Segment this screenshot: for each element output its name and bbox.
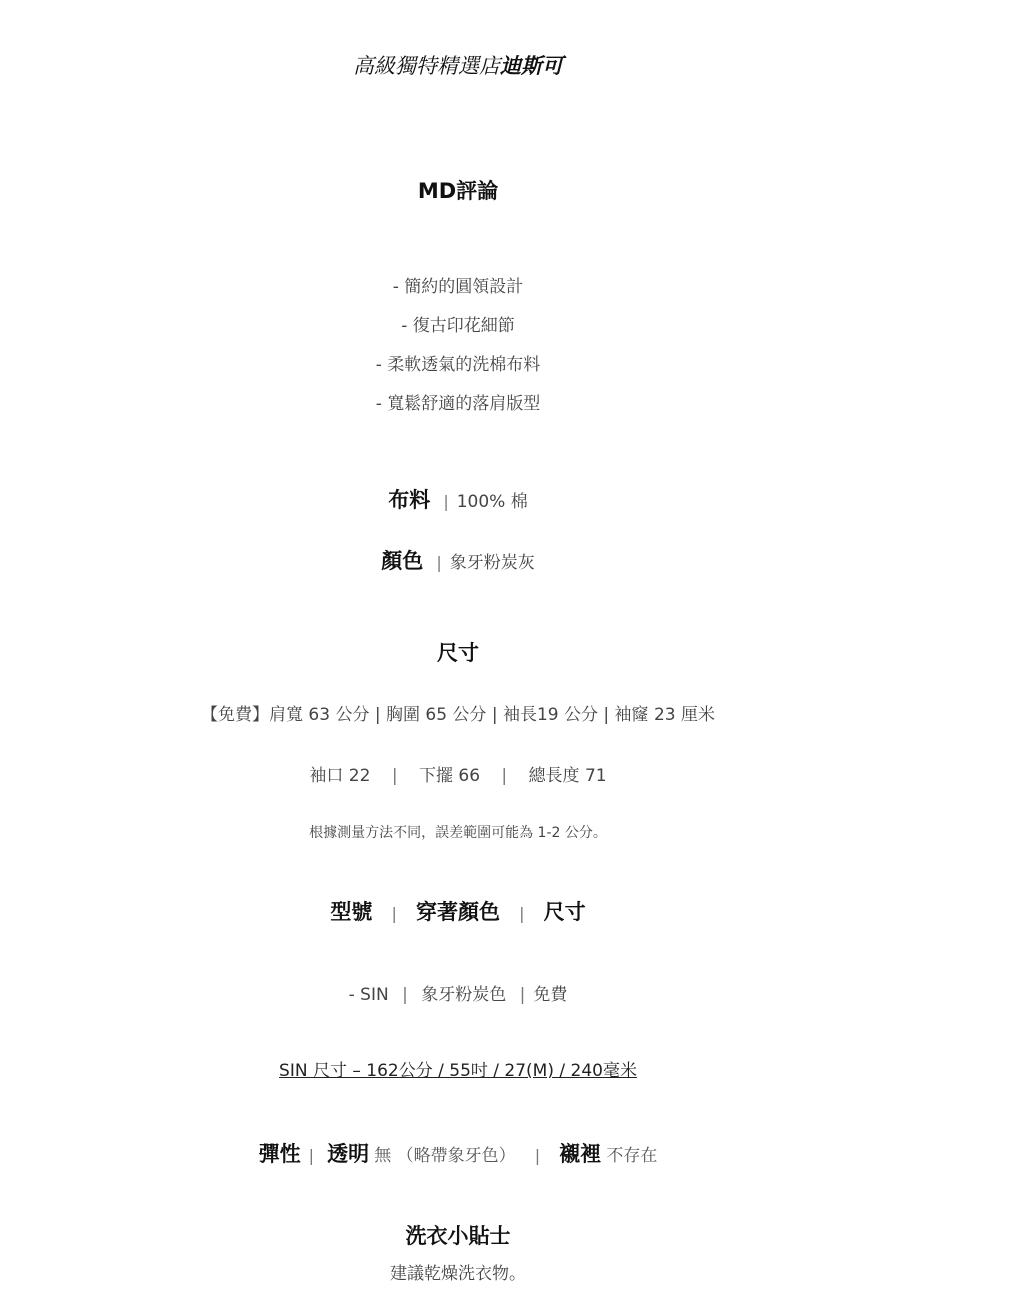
separator: | [501,766,507,786]
model-size: 免費 [533,985,567,1005]
separator: | [443,492,448,511]
total-length-measure: 總長度 71 [529,766,607,786]
fabric-row: 布料 |100% 棉 [0,484,916,514]
separator: | [402,985,408,1005]
store-brand: 迪斯可 [500,54,563,78]
md-bullet-4: - 寬鬆舒適的落肩版型 [0,389,916,414]
washing-text: 建議乾燥洗衣物。 [0,1259,916,1284]
lining-label: 襯裡 [559,1142,601,1166]
model-color: 象牙粉炭色 [421,985,506,1005]
md-bullet-3: - 柔軟透氣的洗棉布料 [0,350,916,375]
separator: | [535,1146,540,1165]
measurement-note: 根據測量方法不同，誤差範圍可能為 1-2 公分。 [0,822,916,842]
transparency-value: 無 （略帶象牙色） [374,1146,515,1166]
model-spec: SIN 尺寸 – 162公分 / 55吋 / 27(M) / 240毫米 [279,1061,637,1081]
model-heading-color: 穿著顏色 [416,900,500,924]
fabric-value: 100% 棉 [457,492,528,512]
hem-measure: 下擺 66 [419,766,480,786]
model-name: - SIN [349,985,389,1005]
fabric-label: 布料 [388,488,430,512]
md-bullet-2: - 復古印花細節 [0,311,916,336]
md-review-heading: MD評論 [0,175,916,205]
size-measurements-row1: 【免費】肩寬 63 公分 | 胸圍 65 公分 | 袖長19 公分 | 袖窿 2… [0,700,916,725]
size-measurements-row2: 袖口 22 | 下擺 66 | 總長度 71 [0,761,916,786]
cuff-measure: 袖口 22 [309,766,370,786]
md-bullet-1: - 簡約的圓領設計 [0,272,916,297]
separator: | [519,904,524,923]
transparency-label: 透明 [327,1142,369,1166]
separator: | [392,904,397,923]
lining-value: 不存在 [606,1146,657,1166]
model-row: - SIN | 象牙粉炭色 |免費 [0,980,916,1005]
color-row: 顏色 |象牙粉炭灰 [0,545,916,575]
model-heading: 型號 | 穿著顏色 | 尺寸 [0,896,916,926]
washing-heading: 洗衣小貼士 [0,1220,916,1250]
store-title: 高級獨特精選店迪斯可 [0,50,916,80]
separator: | [436,553,441,572]
elasticity-label: 彈性 [259,1142,301,1166]
separator: | [520,985,526,1005]
separator: | [309,1146,314,1165]
separator: | [392,766,398,786]
size-heading: 尺寸 [0,637,916,667]
attributes-row: 彈性| 透明 無 （略帶象牙色） | 襯裡 不存在 [0,1138,916,1168]
model-heading-size: 尺寸 [544,900,586,924]
model-spec-row: SIN 尺寸 – 162公分 / 55吋 / 27(M) / 240毫米 [0,1056,916,1081]
model-heading-model: 型號 [330,900,372,924]
store-tagline: 高級獨特精選店 [353,54,500,78]
color-label: 顏色 [381,549,423,573]
color-value: 象牙粉炭灰 [450,553,535,573]
